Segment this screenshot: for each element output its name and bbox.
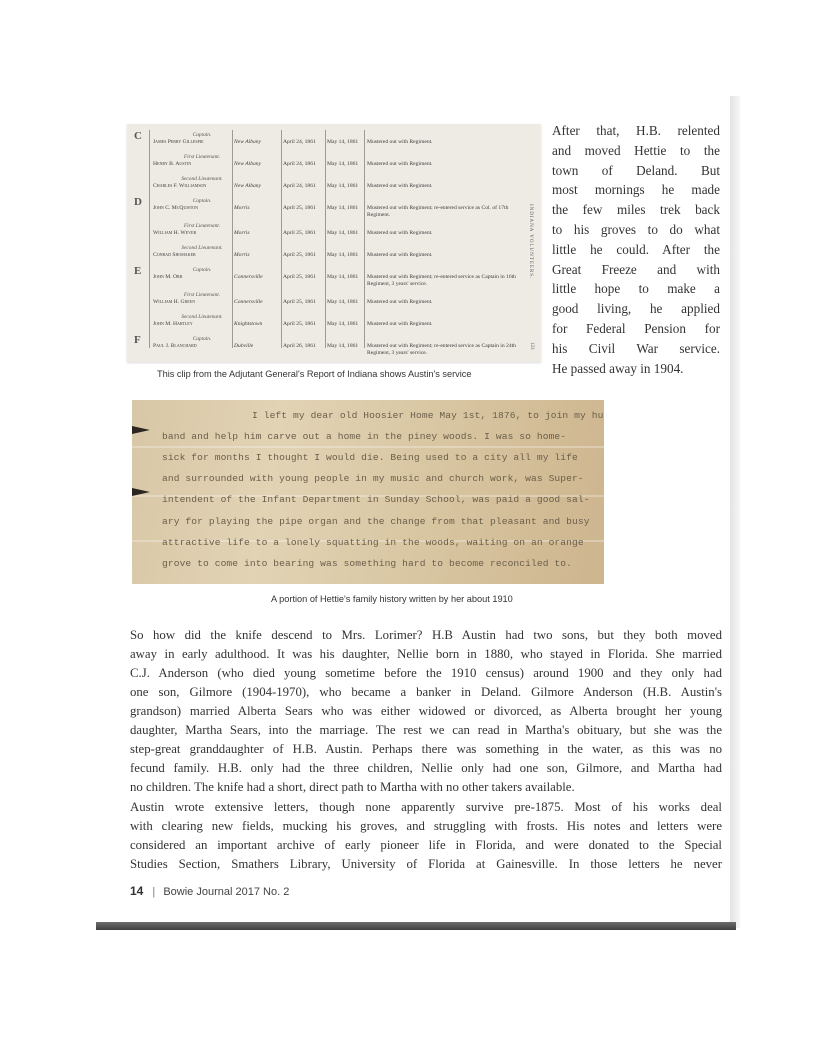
commission-date: April 25, 1861 xyxy=(283,274,326,281)
letter-caption: A portion of Hettie's family history wri… xyxy=(271,594,513,604)
rank-label: Second Lieutenant. xyxy=(149,314,255,321)
paragraph-line: Studies Section, Smathers Library, Unive… xyxy=(130,855,722,874)
letter-line: sick for months I thought I would die. B… xyxy=(162,452,578,463)
footer-page-number: 14 xyxy=(130,884,143,898)
commission-date: April 25, 1861 xyxy=(283,321,326,328)
muster-out-date: May 14, 1861 xyxy=(327,274,365,281)
remarks: Mustered out with Regiment. xyxy=(367,161,527,168)
rank-label: Second Lieutenant. xyxy=(149,245,255,252)
paragraph-line: grandson) married Alberta Sears who was … xyxy=(130,702,722,721)
rank-label: Second Lieutenant. xyxy=(149,176,255,183)
remarks: Mustered out with Regiment. xyxy=(367,139,527,146)
letter-line: grove to come into bearing was something… xyxy=(162,558,572,569)
sidebar-line: After that, H.B. relented xyxy=(552,121,720,141)
family-history-letter-image: I left my dear old Hoosier Home May 1st,… xyxy=(132,400,604,584)
residence: New Albany xyxy=(234,183,279,190)
sidebar-line: most mornings he made xyxy=(552,180,720,200)
muster-out-date: May 14, 1861 xyxy=(327,230,365,237)
rank-label: Captain. xyxy=(149,267,255,274)
commission-date: April 26, 1861 xyxy=(283,343,326,350)
paragraph-line: So how did the knife descend to Mrs. Lor… xyxy=(130,626,722,645)
commission-date: April 25, 1861 xyxy=(283,252,326,259)
roster-page-number: 123 xyxy=(529,342,534,350)
muster-out-date: May 14, 1861 xyxy=(327,205,365,212)
paragraph-line: considered an important archive of early… xyxy=(130,836,722,855)
residence: Knightstown xyxy=(234,321,279,328)
sidebar-line: and moved Hettie to the xyxy=(552,141,720,161)
rank-label: First Lieutenant. xyxy=(149,292,255,299)
residence: Dubville xyxy=(234,343,279,350)
residence: Morris xyxy=(234,252,279,259)
residence: Morris xyxy=(234,230,279,237)
company-letter: E xyxy=(134,266,141,277)
paragraph-line: with clearing new fields, mucking his gr… xyxy=(130,817,722,836)
residence: New Albany xyxy=(234,139,279,146)
footer-separator: | xyxy=(152,886,155,898)
letter-line: attractive life to a lonely squatting in… xyxy=(162,537,584,548)
remarks: Mustered out with Regiment. xyxy=(367,252,527,259)
commission-date: April 24, 1861 xyxy=(283,183,326,190)
roster-side-label: INDIANA VOLUNTEERS. xyxy=(528,204,533,279)
sidebar-line: He passed away in 1904. xyxy=(552,359,720,379)
sidebar-line: for Federal Pension for xyxy=(552,319,720,339)
company-letter: D xyxy=(134,197,142,208)
letter-line: intendent of the Infant Department in Su… xyxy=(162,494,590,505)
body-paragraph-1: So how did the knife descend to Mrs. Lor… xyxy=(130,626,722,797)
sidebar-line: the few miles trek back xyxy=(552,200,720,220)
paragraph-line: away in early adulthood. It was his daug… xyxy=(130,645,722,664)
remarks: Mustered out with Regiment. xyxy=(367,299,527,306)
muster-out-date: May 14, 1861 xyxy=(327,299,365,306)
muster-out-date: May 14, 1861 xyxy=(327,252,365,259)
roster-caption: This clip from the Adjutant General's Re… xyxy=(157,369,472,379)
commission-date: April 24, 1861 xyxy=(283,139,326,146)
page-bottom-border xyxy=(96,922,736,930)
residence: Morris xyxy=(234,205,279,212)
remarks: Mustered out with Regiment. xyxy=(367,230,527,237)
remarks: Mustered out with Regiment; re-entered s… xyxy=(367,343,527,357)
rank-label: Captain. xyxy=(149,132,255,139)
letter-line: I left my dear old Hoosier Home May 1st,… xyxy=(252,410,604,421)
muster-out-date: May 14, 1861 xyxy=(327,183,365,190)
rank-label: Captain. xyxy=(149,336,255,343)
body-paragraph-2: Austin wrote extensive letters, though n… xyxy=(130,798,722,874)
muster-out-date: May 14, 1861 xyxy=(327,343,365,350)
remarks: Mustered out with Regiment; re-entered s… xyxy=(367,274,527,288)
letter-line: and surrounded with young people in my m… xyxy=(162,473,584,484)
company-letter: F xyxy=(134,335,141,346)
sidebar-line: little he could. After the xyxy=(552,240,720,260)
sidebar-line: to his groves to do what xyxy=(552,220,720,240)
paragraph-line: no children. The knife had a short, dire… xyxy=(130,778,722,797)
remarks: Mustered out with Regiment; re-entered s… xyxy=(367,205,527,219)
commission-date: April 24, 1861 xyxy=(283,161,326,168)
torn-edge xyxy=(132,488,150,496)
residence: New Albany xyxy=(234,161,279,168)
paragraph-line: C.J. Anderson (who died young sometime b… xyxy=(130,664,722,683)
letter-line: band and help him carve out a home in th… xyxy=(162,431,566,442)
paragraph-line: daughter, Martha Sears, into the marriag… xyxy=(130,721,722,740)
muster-out-date: May 14, 1861 xyxy=(327,139,365,146)
sidebar-line: town of Deland. But xyxy=(552,161,720,181)
company-letter: C xyxy=(134,131,142,142)
commission-date: April 25, 1861 xyxy=(283,230,326,237)
muster-out-date: May 14, 1861 xyxy=(327,161,365,168)
paragraph-line: Austin wrote extensive letters, though n… xyxy=(130,798,722,817)
sidebar-line: little hope to make a xyxy=(552,279,720,299)
footer-publication: Bowie Journal 2017 No. 2 xyxy=(163,886,289,898)
commission-date: April 25, 1861 xyxy=(283,299,326,306)
muster-out-date: May 14, 1861 xyxy=(327,321,365,328)
remarks: Mustered out with Regiment. xyxy=(367,183,527,190)
page-edge-shadow xyxy=(730,96,740,928)
sidebar-line: good living, he applied xyxy=(552,299,720,319)
sidebar-line: Great Freeze and with xyxy=(552,260,720,280)
residence: Connersville xyxy=(234,274,279,281)
sidebar-line: his Civil War service. xyxy=(552,339,720,359)
page-footer: 14 | Bowie Journal 2017 No. 2 xyxy=(130,884,289,898)
roster-clip-image: CCaptain.James Perry GillespieNew Albany… xyxy=(127,124,541,362)
remarks: Mustered out with Regiment. xyxy=(367,321,527,328)
rank-label: First Lieutenant. xyxy=(149,154,255,161)
rank-label: Captain. xyxy=(149,198,255,205)
commission-date: April 25, 1861 xyxy=(283,205,326,212)
paragraph-line: one son, Gilmore (1904-1970), who became… xyxy=(130,683,722,702)
sidebar-paragraph: After that, H.B. relentedand moved Hetti… xyxy=(552,121,720,378)
paragraph-line: step-great granddaughter of H.B. Austin.… xyxy=(130,740,722,759)
torn-edge xyxy=(132,426,150,434)
residence: Connersville xyxy=(234,299,279,306)
rank-label: First Lieutenant. xyxy=(149,223,255,230)
letter-line: ary for playing the pipe organ and the c… xyxy=(162,516,590,527)
paragraph-line: fecund family. H.B. only had the three c… xyxy=(130,759,722,778)
